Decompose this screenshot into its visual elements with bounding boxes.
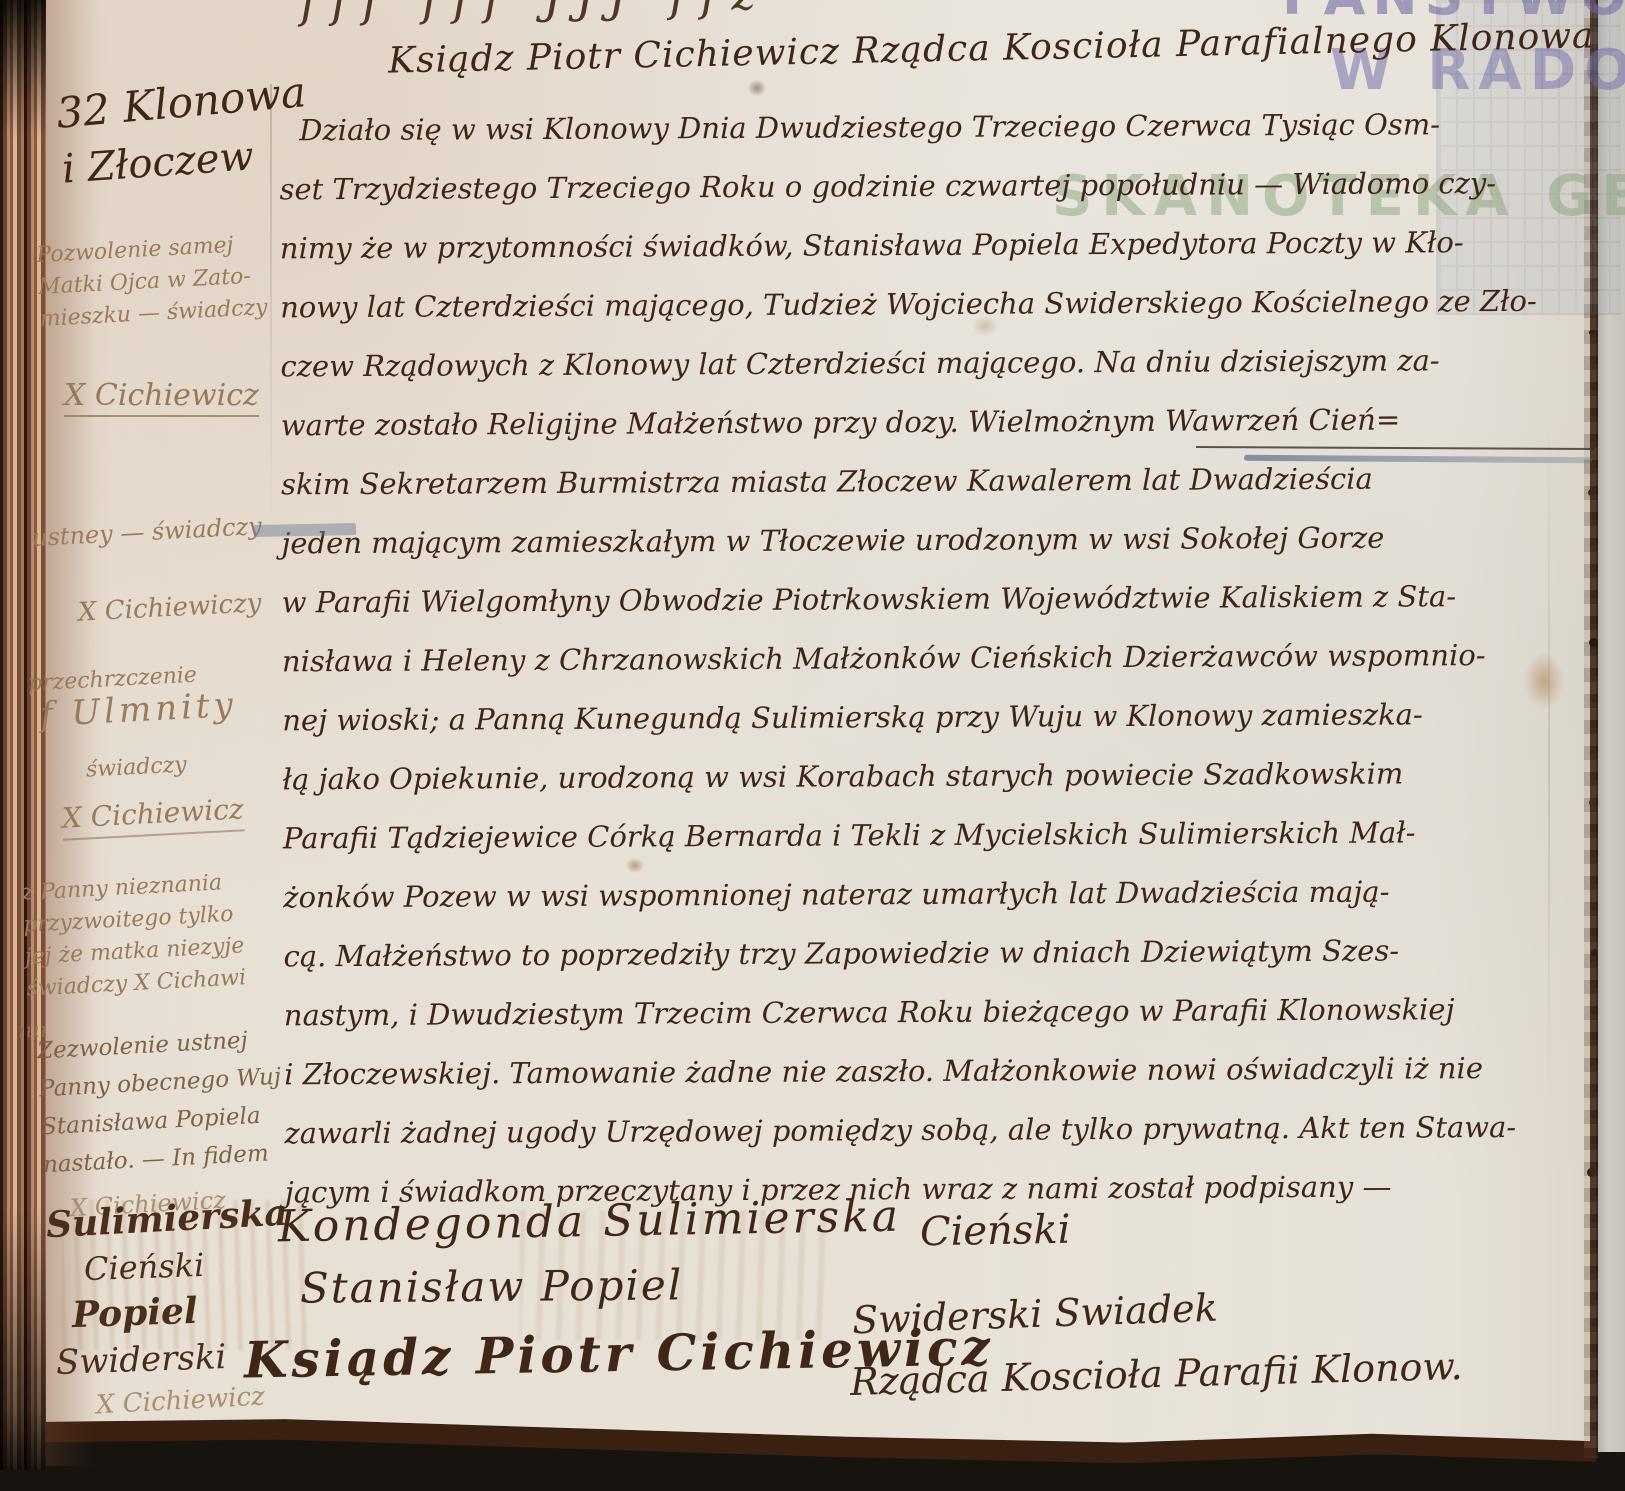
- blue-pencil-underline-2: [254, 523, 356, 537]
- body-line: nej wioski; a Panną Kunegundą Sulimiersk…: [282, 685, 1572, 751]
- signature-groom: Cieński: [920, 1207, 1071, 1256]
- scanned-register-page: PAŃSTWOWE W RADOMIU SKANOTEKA GENEA ſſſ …: [0, 0, 1625, 1491]
- body-line: i Złoczewskiej. Tamowanie żadne nie zasz…: [284, 1039, 1574, 1105]
- body-line: warte zostało Religijne Małżeństwo przy …: [281, 390, 1571, 456]
- body-line: nimy że w przytomności świadków, Stanisł…: [280, 213, 1570, 279]
- body-line: cą. Małżeństwo to poprzedziły trzy Zapow…: [283, 921, 1573, 987]
- book-binding-edge: [0, 0, 46, 1470]
- body-line: nastym, i Dwudziestym Trzecim Czerwca Ro…: [284, 980, 1574, 1046]
- paper-stain: [748, 80, 766, 96]
- body-line: jeden mającym zamieszkałym w Tłoczewie u…: [281, 508, 1571, 574]
- body-line: nisława i Heleny z Chrzanowskich Małżonk…: [282, 626, 1572, 692]
- margin-note-4: z Panny nieznania przyzwoitego tylko jej…: [21, 866, 247, 1005]
- body-line: Działo się w wsi Klonowy Dnia Dwudzieste…: [279, 95, 1569, 161]
- margin-note-1: Pozwolenie samej Matki Ojca w Zato- mies…: [36, 228, 269, 336]
- margin-witness-popiel: Popiel: [71, 1290, 198, 1336]
- body-line: set Trzydziestego Trzeciego Roku o godzi…: [279, 154, 1569, 220]
- body-line: w Parafii Wielgomłyny Obwodzie Piotrkows…: [282, 567, 1572, 633]
- margin-note-5: Zezwolenie ustnej Panny obecnego Wuj Sta…: [36, 1020, 286, 1184]
- act-body-text: Działo się w wsi Klonowy Dnia Dwudzieste…: [279, 95, 1575, 1223]
- body-line: zawarli żadnej ugody Urzędowej pomiędzy …: [284, 1098, 1574, 1164]
- body-line: łą jako Opiekunie, urodzoną w wsi Koraba…: [282, 744, 1572, 810]
- signature-witness-popiel: Stanisław Popiel: [300, 1260, 684, 1312]
- margin-note-3-scribble: f Ulmnity: [39, 689, 237, 731]
- margin-witness-cienski: Cieński: [83, 1246, 205, 1288]
- margin-note-1-signature: X Cichiewicz: [64, 378, 259, 417]
- body-line: nowy lat Czterdzieści mającego, Tudzież …: [280, 272, 1570, 338]
- margin-crease: [270, 84, 272, 528]
- edge-speck-dots: [1589, 330, 1594, 335]
- signature-bride: Kondegonda Sulimierska: [278, 1191, 902, 1253]
- margin-witness-swiderski: Swiderski: [55, 1337, 227, 1383]
- body-line: żonków Pozew w wsi wspomnionej nateraz u…: [283, 862, 1573, 928]
- body-line: czew Rządowych z Klonowy lat Czterdzieśc…: [280, 331, 1570, 397]
- body-line: Parafii Tądziejewice Córką Bernarda i Te…: [283, 803, 1573, 869]
- margin-note-3-line2: świadczy: [85, 749, 187, 786]
